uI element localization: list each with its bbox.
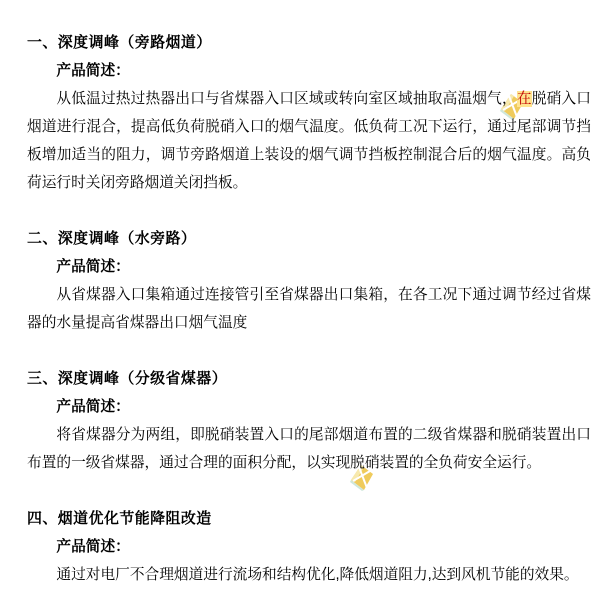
paragraph: 将省煤器分为两组，即脱硝装置入口的尾部烟道布置的二级省煤器和脱硝装置出口布置的一… — [27, 421, 591, 477]
paragraph-text: 从低温过热过热器出口与省煤器入口区域或转向室区域抽取高温烟气， — [56, 91, 516, 107]
section-heading: 四、烟道优化节能降阻改造 — [27, 505, 591, 533]
section-flue-optimization: 四、烟道优化节能降阻改造 产品简述： 通过对电厂不合理烟道进行流场和结构优化,降… — [27, 505, 591, 589]
product-brief-label: 产品简述： — [27, 57, 591, 85]
section-bypass-flue: 一、深度调峰（旁路烟道） 产品简述： 从低温过热过热器出口与省煤器入口区域或转向… — [27, 29, 591, 197]
section-heading: 三、深度调峰（分级省煤器） — [27, 365, 591, 393]
section-staged-economizer: 三、深度调峰（分级省煤器） 产品简述： 将省煤器分为两组，即脱硝装置入口的尾部烟… — [27, 365, 591, 477]
paragraph: 从省煤器入口集箱通过连接管引至省煤器出口集箱，在各工况下通过调节经过省煤器的水量… — [27, 281, 591, 337]
document-page: 一、深度调峰（旁路烟道） 产品简述： 从低温过热过热器出口与省煤器入口区域或转向… — [27, 29, 591, 616]
product-brief-label: 产品简述： — [27, 393, 591, 421]
paragraph: 从低温过热过热器出口与省煤器入口区域或转向室区域抽取高温烟气，在脱硝入口烟道进行… — [27, 85, 591, 197]
product-brief-label: 产品简述： — [27, 533, 591, 561]
paragraph: 通过对电厂不合理烟道进行流场和结构优化,降低烟道阻力,达到风机节能的效果。 — [27, 561, 591, 589]
section-heading: 二、深度调峰（水旁路） — [27, 225, 591, 253]
highlighted-text: 在 — [517, 91, 532, 107]
section-water-bypass: 二、深度调峰（水旁路） 产品简述： 从省煤器入口集箱通过连接管引至省煤器出口集箱… — [27, 225, 591, 337]
section-heading: 一、深度调峰（旁路烟道） — [27, 29, 591, 57]
product-brief-label: 产品简述： — [27, 253, 591, 281]
